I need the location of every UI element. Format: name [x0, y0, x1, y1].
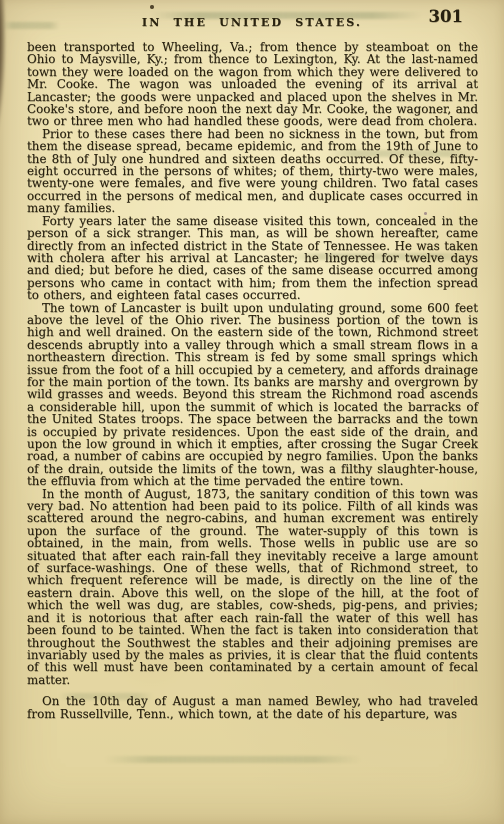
page-header: IN THE UNITED STATES. 301	[0, 0, 504, 34]
page-number: 301	[429, 7, 463, 26]
paragraph: The town of Lancaster is built upon undu…	[27, 302, 478, 488]
ink-bleed-through	[104, 756, 362, 763]
paragraph: Forty years later the same disease visit…	[27, 215, 478, 302]
scanned-book-page: IN THE UNITED STATES. 301 been transport…	[0, 0, 504, 824]
paragraph: Prior to these cases there had been no s…	[27, 128, 478, 215]
paragraph: In the month of August, 1873, the sanita…	[27, 488, 478, 687]
paragraph: On the 10th day of August a man named Be…	[27, 695, 478, 720]
body-text: been transported to Wheeling, Va.; from …	[27, 41, 478, 720]
paragraph: been transported to Wheeling, Va.; from …	[27, 41, 478, 128]
